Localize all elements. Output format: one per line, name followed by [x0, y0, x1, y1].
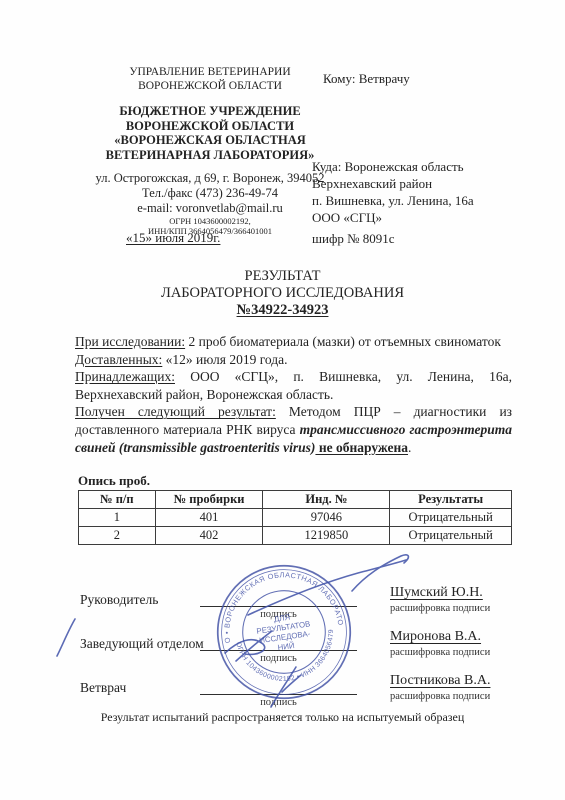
result-conclusion: не обнаружена — [315, 440, 408, 455]
research-paragraph: При исследовании: 2 проб биоматериала (м… — [75, 333, 512, 351]
address-phone: Тел./факс (473) 236-49-74 — [72, 186, 348, 201]
signature-line — [200, 594, 357, 607]
table-row: 2 402 1219850 Отрицательный — [79, 527, 512, 545]
authority-name: УПРАВЛЕНИЕ ВЕТЕРИНАРИИ ВОРОНЕЖСКОЙ ОБЛАС… — [72, 66, 348, 93]
signer-name: Постникова В.А. — [390, 673, 490, 689]
authority-line2: ВОРОНЕЖСКОЙ ОБЛАСТИ — [72, 80, 348, 94]
signer-role: Руководитель — [80, 592, 158, 608]
address-street: ул. Острогожская, д 69, г. Воронеж, 3940… — [72, 171, 348, 186]
name-caption: расшифровка подписи — [390, 603, 490, 614]
cell-index: 1 — [79, 509, 156, 527]
recipient-district: Верхнехавский район — [312, 175, 474, 192]
recipient-street: п. Вишневка, ул. Ленина, 16а — [312, 192, 474, 209]
org-line3: «ВОРОНЕЖСКАЯ ОБЛАСТНАЯ — [72, 133, 348, 148]
result-period: . — [408, 440, 411, 455]
belongs-paragraph: Принадлежащих: ООО «СГЦ», п. Вишневка, у… — [75, 368, 512, 403]
research-label: При исследовании: — [75, 334, 185, 349]
belongs-label: Принадлежащих: — [75, 369, 175, 384]
column-header-tube: № пробирки — [155, 491, 263, 509]
document-title: РЕЗУЛЬТАТ ЛАБОРАТОРНОГО ИССЛЕДОВАНИЯ №34… — [0, 268, 565, 319]
cell-ind: 1219850 — [263, 527, 390, 545]
delivered-text: «12» июля 2019 года. — [162, 352, 287, 367]
name-caption: расшифровка подписи — [390, 647, 490, 658]
result-paragraph: Получен следующий результат: Методом ПЦР… — [75, 403, 512, 456]
cell-result: Отрицательный — [390, 527, 512, 545]
sign-caption: подпись — [200, 609, 357, 620]
signer-name: Миронова В.А. — [390, 629, 481, 645]
cell-tube: 401 — [155, 509, 263, 527]
header-left-column: УПРАВЛЕНИЕ ВЕТЕРИНАРИИ ВОРОНЕЖСКОЙ ОБЛАС… — [72, 66, 348, 236]
authority-line1: УПРАВЛЕНИЕ ВЕТЕРИНАРИИ — [72, 66, 348, 80]
cell-index: 2 — [79, 527, 156, 545]
cell-result: Отрицательный — [390, 509, 512, 527]
cell-ind: 97046 — [263, 509, 390, 527]
body-text: При исследовании: 2 проб биоматериала (м… — [75, 333, 512, 456]
org-line4: ВЕТЕРИНАРНАЯ ЛАБОРАТОРИЯ» — [72, 148, 348, 163]
delivered-label: Доставленных: — [75, 352, 162, 367]
org-line2: ВОРОНЕЖСКОЙ ОБЛАСТИ — [72, 119, 348, 134]
signer-role: Ветврач — [80, 680, 126, 696]
samples-table: № п/п № пробирки Инд. № Результаты 1 401… — [78, 490, 512, 545]
stamp-center-line2: РЕЗУЛЬТАТОВ — [256, 619, 311, 635]
address-email: e-mail: voronvetlab@mail.ru — [72, 201, 348, 216]
research-text: 2 проб биоматериала (мазки) от отъемных … — [185, 334, 501, 349]
cell-tube: 402 — [155, 527, 263, 545]
signer-role: Заведующий отделом — [80, 636, 204, 652]
org-line1: БЮДЖЕТНОЕ УЧРЕЖДЕНИЕ — [72, 104, 348, 119]
recipient-region: Куда: Воронежская область — [312, 158, 474, 175]
document-date: «15» июля 2019г. — [126, 230, 220, 246]
lab-result-document: УПРАВЛЕНИЕ ВЕТЕРИНАРИИ ВОРОНЕЖСКОЙ ОБЛАС… — [0, 0, 565, 800]
signature-line — [200, 638, 357, 651]
table-row: 1 401 97046 Отрицательный — [79, 509, 512, 527]
column-header-ind: Инд. № — [263, 491, 390, 509]
sign-caption: подпись — [200, 697, 357, 708]
organization-name: БЮДЖЕТНОЕ УЧРЕЖДЕНИЕ ВОРОНЕЖСКОЙ ОБЛАСТИ… — [72, 104, 348, 162]
signature-line — [200, 682, 357, 695]
name-caption: расшифровка подписи — [390, 691, 490, 702]
column-header-index: № п/п — [79, 491, 156, 509]
addressee: Кому: Ветврачу — [323, 71, 410, 87]
cipher-number: шифр № 8091с — [312, 231, 395, 247]
footer-disclaimer: Результат испытаний распространяется тол… — [0, 710, 565, 725]
samples-caption: Опись проб. — [78, 473, 150, 489]
organization-address: ул. Острогожская, д 69, г. Воронеж, 3940… — [72, 171, 348, 236]
recipient-company: ООО «СГЦ» — [312, 209, 474, 226]
sign-caption: подпись — [200, 653, 357, 664]
signer-name: Шумский Ю.Н. — [390, 585, 483, 601]
table-header-row: № п/п № пробирки Инд. № Результаты — [79, 491, 512, 509]
title-line2: ЛАБОРАТОРНОГО ИССЛЕДОВАНИЯ — [0, 285, 565, 302]
title-number: №34922-34923 — [0, 302, 565, 319]
recipient-address: Куда: Воронежская область Верхнехавский … — [312, 158, 474, 226]
column-header-results: Результаты — [390, 491, 512, 509]
ogrn-number: ОГРН 1043600002192, — [72, 216, 348, 226]
result-label: Получен следующий результат: — [75, 404, 276, 419]
delivered-paragraph: Доставленных: «12» июля 2019 года. — [75, 351, 512, 369]
title-line1: РЕЗУЛЬТАТ — [0, 268, 565, 285]
